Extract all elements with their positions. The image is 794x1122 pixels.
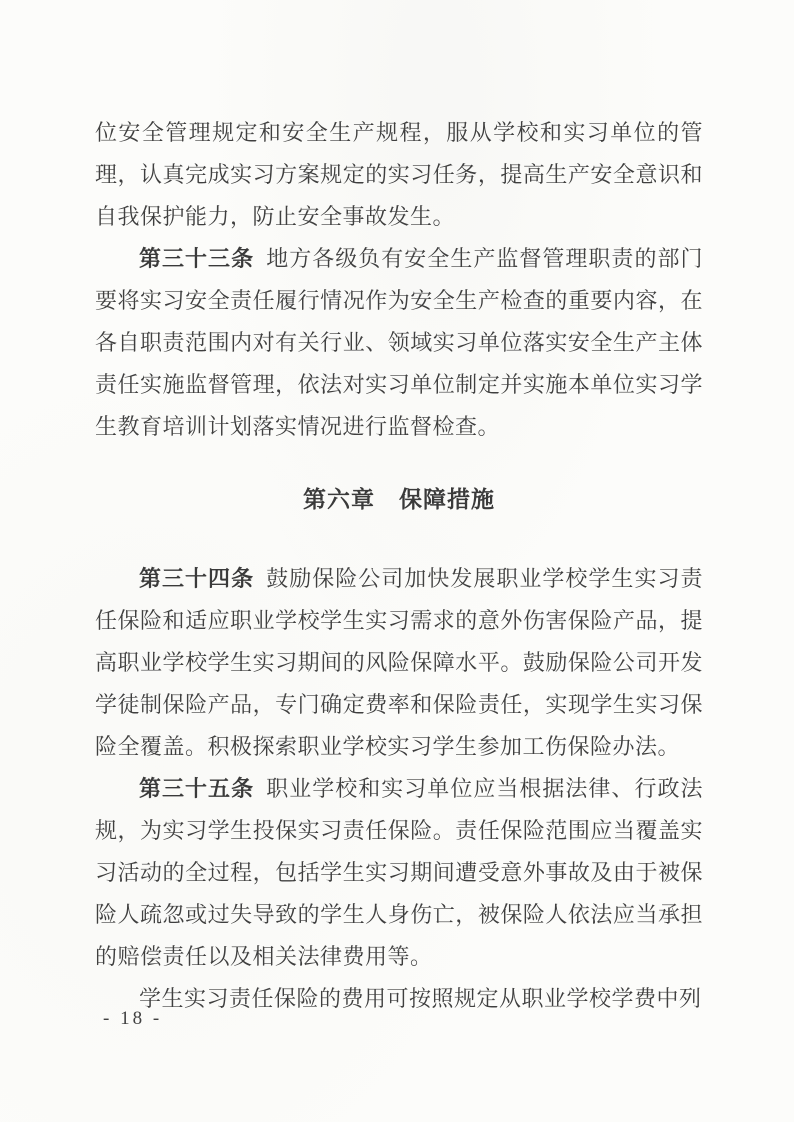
paragraph-continues-next-page: 学生实习责任保险的费用可按照规定从职业学校学费中列 (95, 978, 703, 1020)
scanned-document-page: 位安全管理规定和安全生产规程，服从学校和实习单位的管理，认真完成实习方案规定的实… (0, 0, 794, 1122)
document-body: 位安全管理规定和安全生产规程，服从学校和实习单位的管理，认真完成实习方案规定的实… (95, 112, 703, 1020)
article-number-34: 第三十四条 (139, 566, 254, 591)
paragraph-text: 职业学校和实习单位应当根据法律、行政法规，为实习学生投保实习责任保险。责任保险范… (95, 776, 703, 969)
paragraph-text: 位安全管理规定和安全生产规程，服从学校和实习单位的管理，认真完成实习方案规定的实… (95, 120, 703, 229)
paragraph-article-35: 第三十五条职业学校和实习单位应当根据法律、行政法规，为实习学生投保实习责任保险。… (95, 768, 703, 978)
chapter-heading: 第六章 保障措施 (95, 478, 703, 520)
paragraph-article-33: 第三十三条地方各级负有安全生产监督管理职责的部门要将实习安全责任履行情况作为安全… (95, 238, 703, 448)
page-number: - 18 - (103, 1008, 162, 1030)
paragraph-article-34: 第三十四条鼓励保险公司加快发展职业学校学生实习责任保险和适应职业学校学生实习需求… (95, 558, 703, 768)
paragraph-continuation: 位安全管理规定和安全生产规程，服从学校和实习单位的管理，认真完成实习方案规定的实… (95, 112, 703, 238)
paragraph-text: 地方各级负有安全生产监督管理职责的部门要将实习安全责任履行情况作为安全生产检查的… (95, 246, 703, 439)
article-number-33: 第三十三条 (139, 246, 254, 271)
article-number-35: 第三十五条 (139, 776, 254, 801)
paragraph-text: 学生实习责任保险的费用可按照规定从职业学校学费中列 (139, 986, 702, 1011)
paragraph-text: 鼓励保险公司加快发展职业学校学生实习责任保险和适应职业学校学生实习需求的意外伤害… (95, 566, 703, 759)
